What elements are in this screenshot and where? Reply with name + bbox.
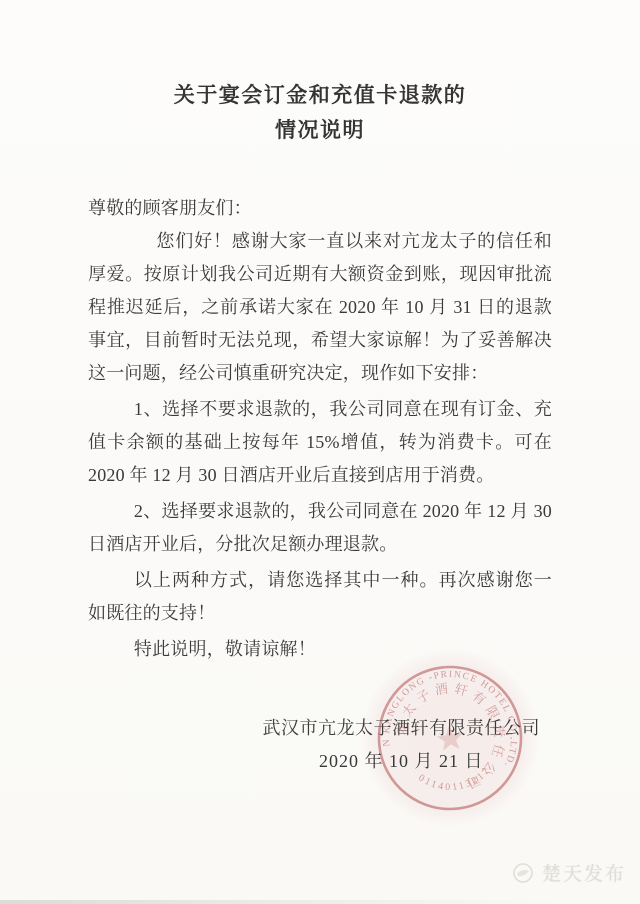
signature-block: 武汉市亢龙太子酒轩有限责任公司 2020 年 10 月 21 日 xyxy=(263,712,541,778)
chutian-fabu-logo-icon xyxy=(511,861,535,885)
title-line-1: 关于宴会订金和充值卡退款的 xyxy=(0,78,640,113)
title-line-2: 情况说明 xyxy=(0,113,640,148)
photo-edge-shadow xyxy=(0,900,560,904)
watermark-label: 楚天发布 xyxy=(542,859,626,886)
document-title: 关于宴会订金和充值卡退款的 情况说明 xyxy=(0,78,640,148)
paragraph-option-1: 1、选择不要求退款的，我公司同意在现有订金、充值卡余额的基础上按每年 15%增值… xyxy=(88,393,552,492)
document-body: 尊敬的顾客朋友们： 您们好！感谢大家一直以来对亢龙太子的信任和厚爱。按原计划我公… xyxy=(88,192,552,666)
signature-company: 武汉市亢龙太子酒轩有限责任公司 xyxy=(263,712,541,745)
paragraph-closing: 以上两种方式，请您选择其中一种。再次感谢您一如既往的支持！ xyxy=(88,564,552,630)
salutation: 尊敬的顾客朋友们： xyxy=(88,192,552,225)
watermark: 楚天发布 xyxy=(511,859,626,886)
notice-document: 关于宴会订金和充值卡退款的 情况说明 尊敬的顾客朋友们： 您们好！感谢大家一直以… xyxy=(0,0,640,904)
signature-date: 2020 年 10 月 21 日 xyxy=(263,745,541,778)
paragraph-option-2: 2、选择要求退款的，我公司同意在 2020 年 12 月 30 日酒店开业后，分… xyxy=(88,495,552,561)
paragraph-intro: 您们好！感谢大家一直以来对亢龙太子的信任和厚爱。按原计划我公司近期有大额资金到账… xyxy=(88,225,552,390)
